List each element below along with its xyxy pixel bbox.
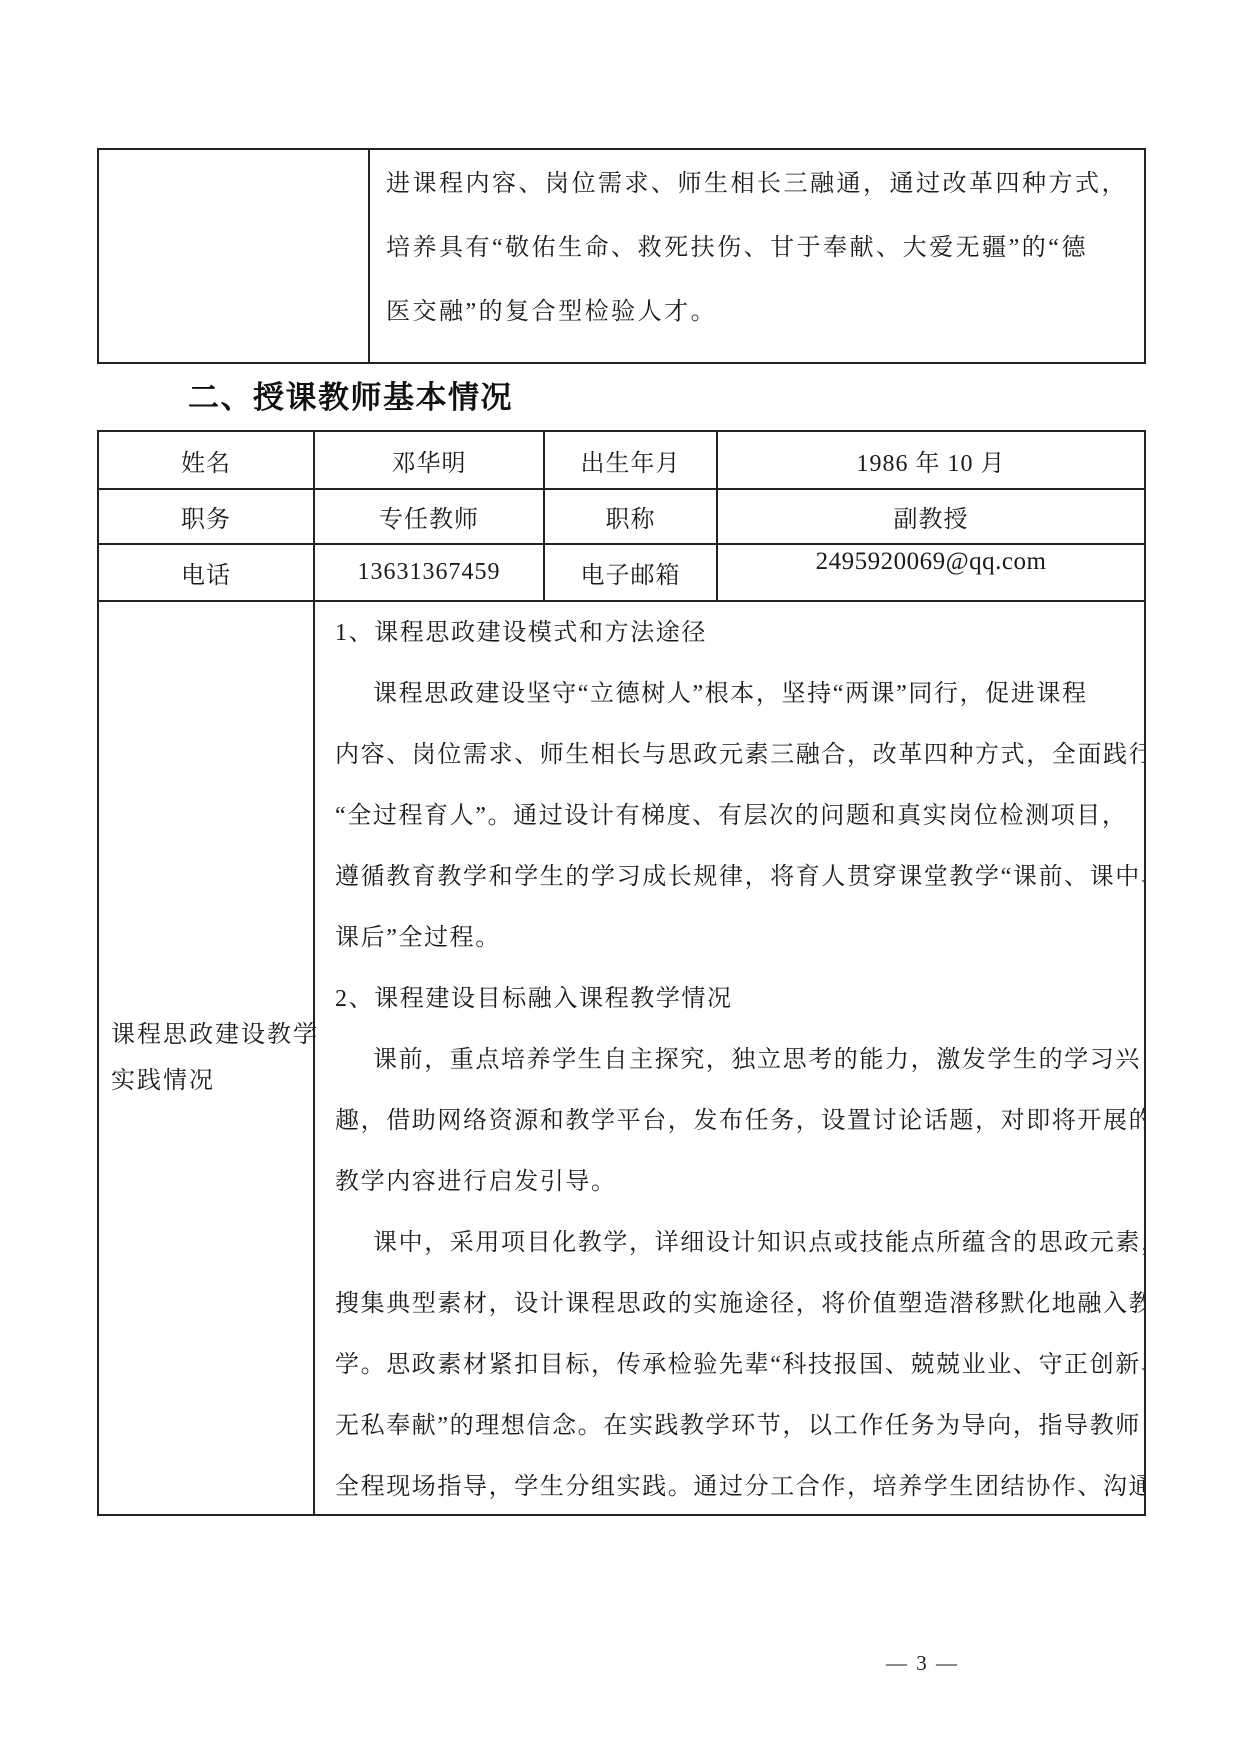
name-label-cell: 姓名 bbox=[99, 432, 315, 490]
practice-text-line: 课后”全过程。 bbox=[335, 908, 1130, 969]
section-heading: 二、授课教师基本情况 bbox=[188, 372, 513, 417]
continued-text-line: 医交融”的复合型检验人才。 bbox=[386, 280, 1134, 344]
practice-text-line: 教学内容进行启发引导。 bbox=[335, 1152, 1130, 1213]
position-value-cell: 专任教师 bbox=[315, 490, 545, 545]
practice-text-line: 课前，重点培养学生自主探究，独立思考的能力，激发学生的学习兴 bbox=[335, 1030, 1130, 1091]
position-label-cell: 职务 bbox=[99, 490, 315, 545]
practice-text-line: 搜集典型素材，设计课程思政的实施途径，将价值塑造潜移默化地融入教 bbox=[335, 1274, 1130, 1335]
page-number: — 3 — bbox=[886, 1651, 959, 1676]
title-label-cell: 职称 bbox=[545, 490, 718, 545]
practice-text-line: 学。思政素材紧扣目标，传承检验先辈“科技报国、兢兢业业、守正创新、 bbox=[335, 1335, 1130, 1396]
practice-text-line: 1、课程思政建设模式和方法途径 bbox=[335, 603, 1130, 664]
continued-text-line: 进课程内容、岗位需求、师生相长三融通，通过改革四种方式， bbox=[386, 152, 1134, 216]
email-value-cell: 2495920069@qq.com bbox=[718, 545, 1144, 602]
practice-text-line: 无私奉献”的理想信念。在实践教学环节，以工作任务为导向，指导教师 bbox=[335, 1396, 1130, 1457]
practice-text-line: 2、课程建设目标融入课程教学情况 bbox=[335, 969, 1130, 1030]
continued-table: 进课程内容、岗位需求、师生相长三融通，通过改革四种方式， 培养具有“敬佑生命、救… bbox=[97, 148, 1146, 364]
teacher-info-table: 姓名 邓华明 出生年月 1986 年 10 月 职务 专任教师 职称 副教授 电… bbox=[97, 430, 1146, 1516]
phone-label-cell: 电话 bbox=[99, 545, 315, 602]
practice-text-line: 课中，采用项目化教学，详细设计知识点或技能点所蕴含的思政元素， bbox=[335, 1213, 1130, 1274]
continued-text-line: 培养具有“敬佑生命、救死扶伤、甘于奉献、大爱无疆”的“德 bbox=[386, 216, 1134, 280]
continued-table-empty-label-cell bbox=[99, 150, 370, 362]
document-page: 进课程内容、岗位需求、师生相长三融通，通过改革四种方式， 培养具有“敬佑生命、救… bbox=[0, 0, 1240, 1753]
continued-table-content-cell: 进课程内容、岗位需求、师生相长三融通，通过改革四种方式， 培养具有“敬佑生命、救… bbox=[370, 150, 1144, 362]
practice-label-line: 课程思政建设教学 bbox=[111, 1012, 313, 1058]
birthdate-value-cell: 1986 年 10 月 bbox=[718, 432, 1144, 490]
practice-text-line: 趣，借助网络资源和教学平台，发布任务，设置讨论话题，对即将开展的 bbox=[335, 1091, 1130, 1152]
practice-label-line: 实践情况 bbox=[111, 1058, 313, 1104]
name-value-cell: 邓华明 bbox=[315, 432, 545, 490]
phone-value-cell: 13631367459 bbox=[315, 545, 545, 602]
practice-text-line: 全程现场指导，学生分组实践。通过分工合作，培养学生团结协作、沟通 bbox=[335, 1457, 1130, 1514]
practice-text-line: 遵循教育教学和学生的学习成长规律，将育人贯穿课堂教学“课前、课中、 bbox=[335, 847, 1130, 908]
practice-text-line: “全过程育人”。通过设计有梯度、有层次的问题和真实岗位检测项目， bbox=[335, 786, 1130, 847]
practice-row-label-cell: 课程思政建设教学 实践情况 bbox=[99, 602, 315, 1514]
practice-row-content-cell: 1、课程思政建设模式和方法途径 课程思政建设坚守“立德树人”根本，坚持“两课”同… bbox=[315, 602, 1144, 1514]
practice-text-line: 内容、岗位需求、师生相长与思政元素三融合，改革四种方式，全面践行 bbox=[335, 725, 1130, 786]
title-value-cell: 副教授 bbox=[718, 490, 1144, 545]
email-label-cell: 电子邮箱 bbox=[545, 545, 718, 602]
practice-text-line: 课程思政建设坚守“立德树人”根本，坚持“两课”同行，促进课程 bbox=[335, 664, 1130, 725]
birthdate-label-cell: 出生年月 bbox=[545, 432, 718, 490]
